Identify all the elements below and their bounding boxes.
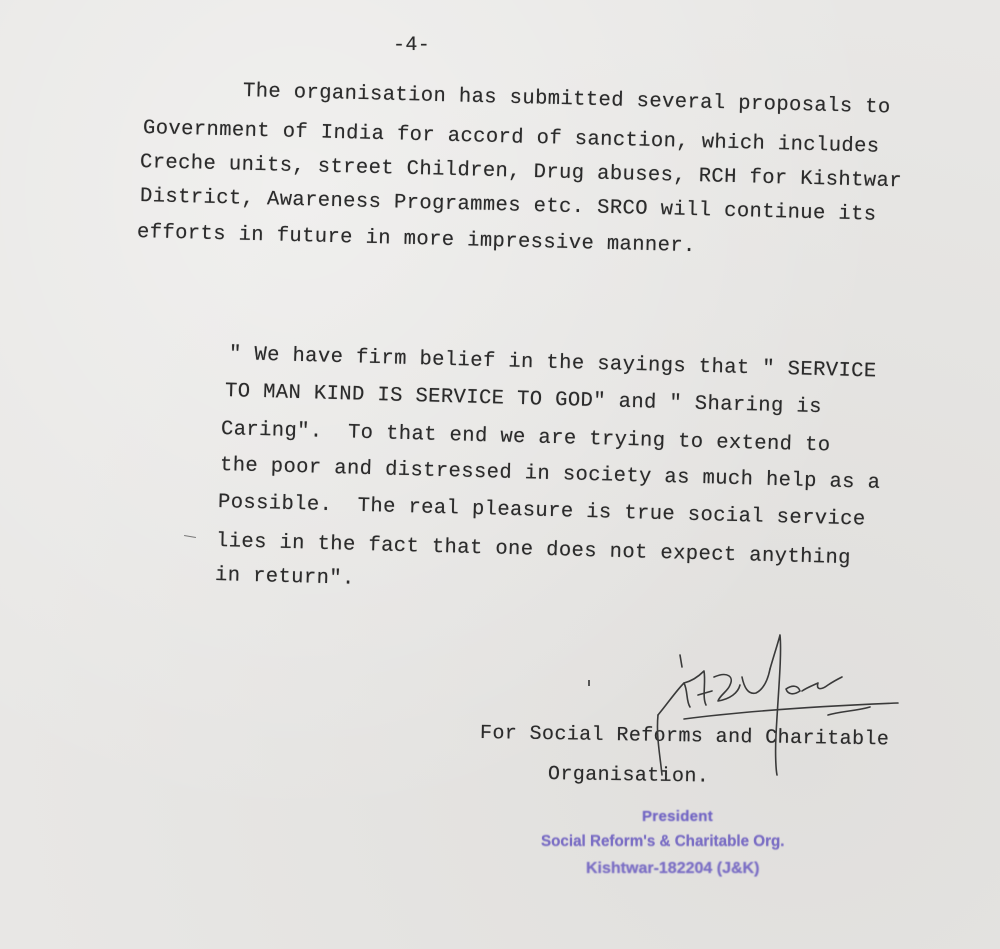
stamp-address: Kishtwar-182204 (J&K) <box>586 860 759 878</box>
quote-line: lies in the fact that one does not expec… <box>216 530 851 570</box>
quote-line: " We have firm belief in the sayings tha… <box>229 343 877 384</box>
stamp-organisation: Social Reform's & Charitable Org. <box>541 833 784 851</box>
quote-line: in return". <box>215 564 355 591</box>
paragraph-line: Government of India for accord of sancti… <box>143 117 880 159</box>
paragraph-line: efforts in future in more impressive man… <box>137 221 696 258</box>
quote-line: the poor and distressed in society as mu… <box>220 454 881 495</box>
document-page: -4- The organisation has submitted sever… <box>0 0 1000 949</box>
quote-line: Possible. The real pleasure is true soci… <box>218 491 866 532</box>
quote-line: Caring". To that end we are trying to ex… <box>221 418 831 457</box>
paragraph-line: District, Awareness Programmes etc. SRCO… <box>140 185 877 227</box>
pen-mark <box>588 680 590 686</box>
pen-mark <box>184 535 196 538</box>
paragraph-line: The organisation has submitted several p… <box>243 80 891 119</box>
quote-line: TO MAN KIND IS SERVICE TO GOD" and " Sha… <box>225 380 822 419</box>
signature-icon <box>580 625 920 785</box>
stamp-title: President <box>642 808 713 825</box>
page-number: -4- <box>393 34 430 57</box>
